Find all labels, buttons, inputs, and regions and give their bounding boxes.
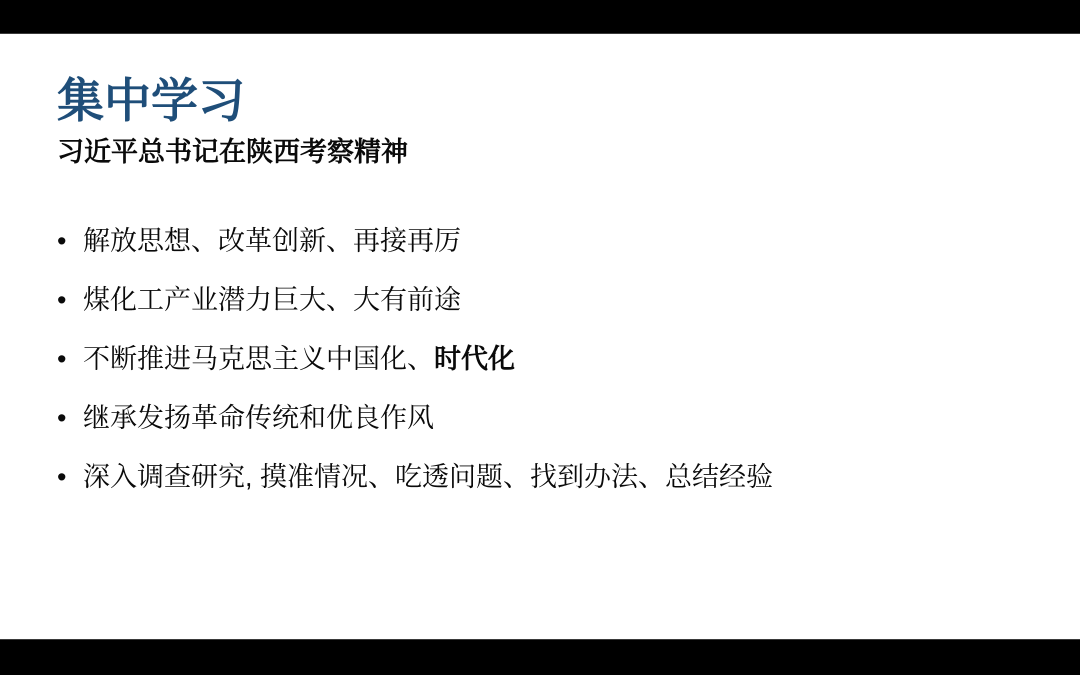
bullet-text: 继承发扬革命传统和优良作风 xyxy=(83,404,434,432)
bullet-dot-icon: • xyxy=(57,463,83,491)
bullet-text-bold: 时代化 xyxy=(434,344,515,374)
bullet-text: 解放思想、改革创新、再接再厉 xyxy=(83,227,461,255)
slide-subtitle: 习近平总书记在陕西考察精神 xyxy=(57,139,408,166)
bullet-text-normal: 深入调查研究, 摸准情况、吃透问题、找到办法、总结经验 xyxy=(83,462,773,492)
letterbox-top xyxy=(0,0,1080,33)
bullet-dot-icon: • xyxy=(57,345,83,373)
bullet-dot-icon: • xyxy=(57,227,83,255)
bullet-item-4: • 继承发扬革命传统和优良作风 xyxy=(57,404,773,432)
bullet-text-normal: 不断推进马克思主义中国化、 xyxy=(83,344,434,374)
bullet-text: 不断推进马克思主义中国化、时代化 xyxy=(83,345,515,373)
letterbox-bottom xyxy=(0,640,1080,675)
bullet-dot-icon: • xyxy=(57,404,83,432)
bullet-item-2: • 煤化工产业潜力巨大、大有前途 xyxy=(57,286,773,314)
slide-canvas[interactable]: 集中学习 习近平总书记在陕西考察精神 • 解放思想、改革创新、再接再厉 • 煤化… xyxy=(0,33,1080,640)
bullet-text: 深入调查研究, 摸准情况、吃透问题、找到办法、总结经验 xyxy=(83,463,773,491)
bullet-list: • 解放思想、改革创新、再接再厉 • 煤化工产业潜力巨大、大有前途 • 不断推进… xyxy=(57,227,773,522)
bullet-item-1: • 解放思想、改革创新、再接再厉 xyxy=(57,227,773,255)
bullet-text-normal: 解放思想、改革创新、再接再厉 xyxy=(83,226,461,256)
presentation-stage: 集中学习 习近平总书记在陕西考察精神 • 解放思想、改革创新、再接再厉 • 煤化… xyxy=(0,0,1080,675)
bullet-dot-icon: • xyxy=(57,286,83,314)
bullet-item-5: • 深入调查研究, 摸准情况、吃透问题、找到办法、总结经验 xyxy=(57,463,773,491)
bullet-item-3: • 不断推进马克思主义中国化、时代化 xyxy=(57,345,773,373)
bullet-text-normal: 煤化工产业潜力巨大、大有前途 xyxy=(83,285,461,315)
slide-title: 集中学习 xyxy=(57,77,245,124)
bullet-text-normal: 继承发扬革命传统和优良作风 xyxy=(83,403,434,433)
bullet-text: 煤化工产业潜力巨大、大有前途 xyxy=(83,286,461,314)
